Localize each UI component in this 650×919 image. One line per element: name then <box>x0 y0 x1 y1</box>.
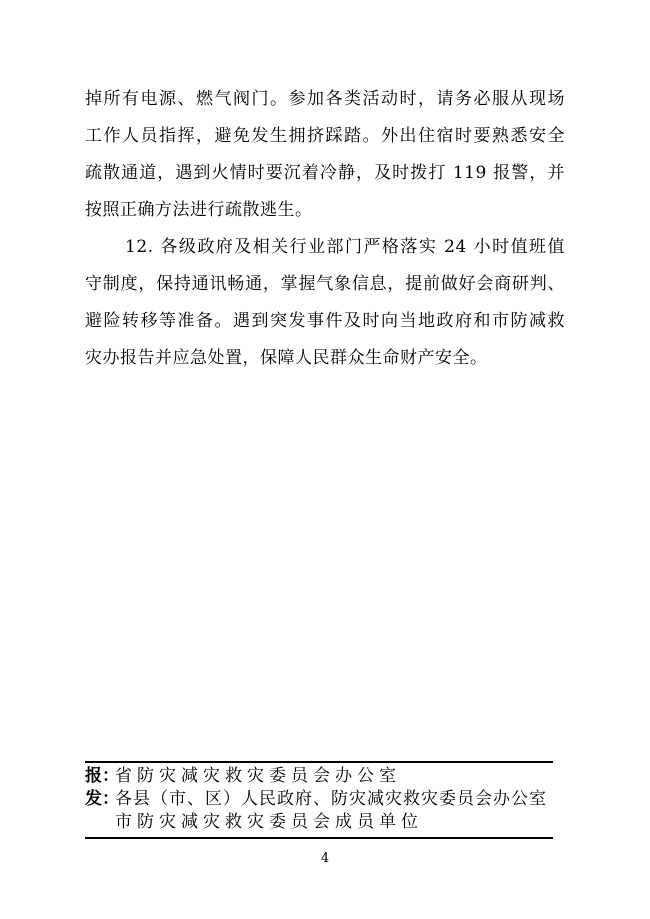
body-line: 灾办报告并应急处置，保障人民群众生命财产安全。 <box>85 340 565 377</box>
page-number: 4 <box>0 851 650 867</box>
distribution-block: 报：省防灾减灾救灾委员会办公室 发：各县（市、区）人民政府、防灾减灾救灾委员会办… <box>85 761 553 839</box>
body-line: 疏散通道，遇到火情时要沉着冷静，及时拨打 119 报警，并 <box>85 155 565 192</box>
body-line: 工作人员指挥，避免发生拥挤踩踏。外出住宿时要熟悉安全 <box>85 118 565 155</box>
paragraph-item-12: 12. 各级政府及相关行业部门严格落实 24 小时值班值 守制度，保持通讯畅通，… <box>85 229 565 377</box>
paragraph-continued: 掉所有电源、燃气阀门。参加各类活动时，请务必服从现场 工作人员指挥，避免发生拥挤… <box>85 81 565 229</box>
issued-to-row: 发：各县（市、区）人民政府、防灾减灾救灾委员会办公室 <box>85 788 553 811</box>
issued-to-value-continued: 市防灾减灾救灾委员会成员单位 <box>115 812 423 832</box>
body-text: 掉所有电源、燃气阀门。参加各类活动时，请务必服从现场 工作人员指挥，避免发生拥挤… <box>85 81 565 377</box>
report-to-label: 报： <box>85 765 115 788</box>
body-line: 避险转移等准备。遇到突发事件及时向当地政府和市防减救 <box>85 303 565 340</box>
document-page: 掉所有电源、燃气阀门。参加各类活动时，请务必服从现场 工作人员指挥，避免发生拥挤… <box>0 0 650 919</box>
issued-to-value: 各县（市、区）人民政府、防灾减灾救灾委员会办公室 <box>115 789 547 809</box>
body-line: 掉所有电源、燃气阀门。参加各类活动时，请务必服从现场 <box>85 81 565 118</box>
report-to-value: 省防灾减灾救灾委员会办公室 <box>115 766 401 786</box>
body-line: 12. 各级政府及相关行业部门严格落实 24 小时值班值 <box>85 229 565 266</box>
issued-to-label: 发： <box>85 788 115 811</box>
report-to-row: 报：省防灾减灾救灾委员会办公室 <box>85 765 553 788</box>
body-line: 守制度，保持通讯畅通，掌握气象信息，提前做好会商研判、 <box>85 266 565 303</box>
issued-to-row-continued: 市防灾减灾救灾委员会成员单位 <box>85 811 553 834</box>
body-line: 按照正确方法进行疏散逃生。 <box>85 192 565 229</box>
